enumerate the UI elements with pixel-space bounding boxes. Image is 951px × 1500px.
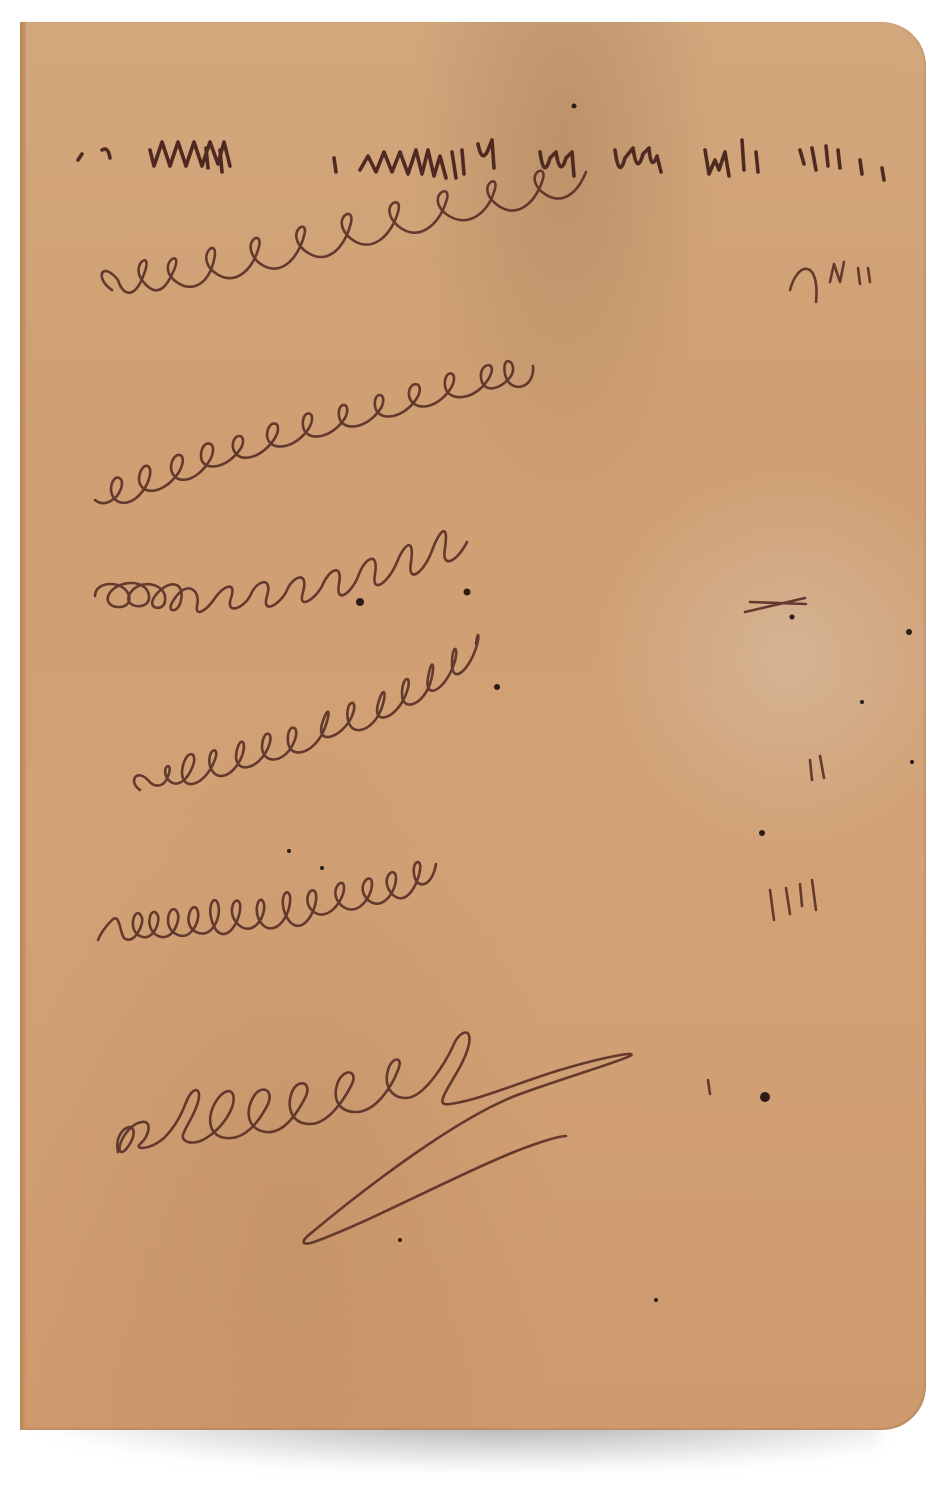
scribble-row-6	[98, 862, 816, 940]
scribble-row-4	[95, 531, 806, 612]
scribble-row-1	[78, 140, 884, 180]
ink-specks	[287, 104, 914, 1303]
scribble-row-7	[117, 1033, 770, 1244]
scribble-row-5	[134, 635, 824, 790]
scribble-row-3	[95, 361, 533, 503]
scribble-row-2	[102, 171, 870, 302]
handwriting-layer	[0, 0, 951, 1500]
